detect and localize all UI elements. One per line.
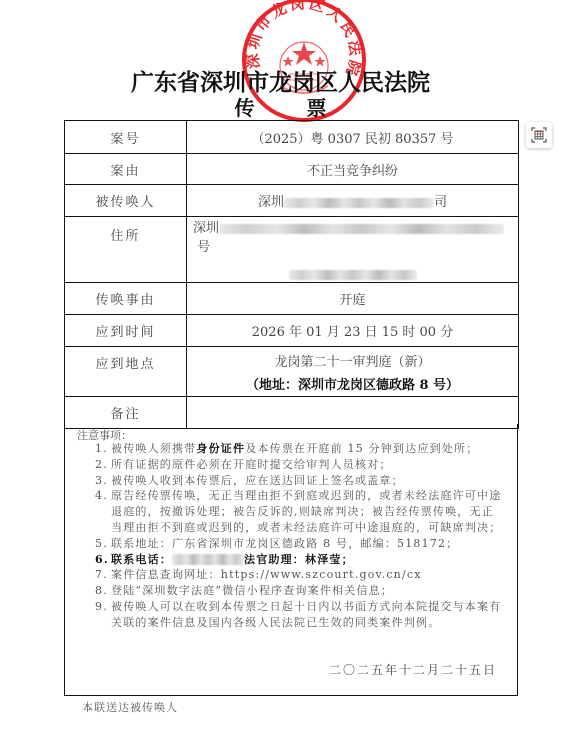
note-item-9: 9.被传唤人可以在收到本传票之日起十日内以书面方式向本院提交与本案有关联的案件信… xyxy=(95,599,505,631)
residence-prefix: 深圳 xyxy=(193,221,219,236)
redacted-party-name xyxy=(284,198,434,208)
note-item-3: 3.被传唤人收到本传票后，应在送达回证上签名或盖章； xyxy=(95,473,505,489)
value-case-cause: 不正当竞争纠纷 xyxy=(187,154,519,185)
notes-list: 1.被传唤人须携带身份证件及本传票在开庭前 15 分钟到达应到处所； 2.所有证… xyxy=(95,441,505,631)
table-extract-button[interactable] xyxy=(526,122,552,148)
note-item-8: 8.登陆“深圳数字法庭”微信小程序查询案件相关信息； xyxy=(95,583,505,599)
courtroom-name: 龙岗第二十一审判庭（新） xyxy=(187,351,518,370)
residence-suffix: 号 xyxy=(197,240,210,255)
note-item-1: 1.被传唤人须携带身份证件及本传票在开庭前 15 分钟到达应到处所； xyxy=(95,441,505,457)
note-item-6-contact: 6.联系电话：法官助理：林泽莹； xyxy=(95,552,505,568)
label-case-cause: 案由 xyxy=(65,154,187,185)
value-summoned-party: 深圳司 xyxy=(187,185,519,217)
doc-type-char-2: 票 xyxy=(307,92,327,121)
note-item-5: 5.联系地址：广东省深圳市龙岗区德政路 8 号，邮编：518172； xyxy=(95,536,505,552)
table-scan-icon xyxy=(531,127,547,143)
redacted-phone xyxy=(172,554,244,565)
label-summoned-party: 被传唤人 xyxy=(65,185,187,217)
value-summons-reason: 开庭 xyxy=(187,283,519,315)
row-appearance-place: 应到地点 龙岗第二十一审判庭（新） （地址：深圳市龙岗区德政路 8 号） xyxy=(65,347,519,397)
id-document-emphasis: 身份证件 xyxy=(196,442,245,455)
note-item-7: 7.案件信息查询网址：https://www.szcourt.gov.cn/cx xyxy=(95,567,505,583)
value-appearance-time: 2026 年 01 月 23 日 15 时 00 分 xyxy=(187,315,519,347)
notes-section: 注意事项： 1.被传唤人须携带身份证件及本传票在开庭前 15 分钟到达应到处所；… xyxy=(64,424,518,696)
row-case-cause: 案由 不正当竞争纠纷 xyxy=(65,154,519,185)
value-residence: 深圳 号 xyxy=(187,217,519,283)
label-summons-reason: 传唤事由 xyxy=(65,283,187,315)
redacted-address-line2 xyxy=(289,270,417,280)
summoned-party-suffix: 司 xyxy=(434,195,447,210)
redacted-address-line1 xyxy=(219,224,504,234)
doc-type-char-1: 传 xyxy=(235,92,255,121)
row-summoned-party: 被传唤人 深圳司 xyxy=(65,185,519,217)
label-case-number: 案号 xyxy=(65,121,187,154)
issue-date: 二〇二五年十二月二十五日 xyxy=(329,661,497,678)
row-appearance-time: 应到时间 2026 年 01 月 23 日 15 时 00 分 xyxy=(65,315,519,347)
document-type-title: 传票 xyxy=(0,92,561,121)
note-item-2: 2.所有证据的原件必须在开庭时提交给审判人员核对； xyxy=(95,457,505,473)
label-residence: 住所 xyxy=(65,217,187,283)
row-residence: 住所 深圳 号 xyxy=(65,217,519,283)
courtroom-address: （地址：深圳市龙岗区德政路 8 号） xyxy=(187,374,518,393)
value-case-number: （2025）粤 0307 民初 80357 号 xyxy=(187,121,519,154)
note-item-4: 4.原告经传票传唤，无正当理由拒不到庭或迟到的，或者未经法庭许可中途退庭的，按撤… xyxy=(95,488,505,535)
label-appearance-time: 应到时间 xyxy=(65,315,187,347)
summons-form-table: 案号 （2025）粤 0307 民初 80357 号 案由 不正当竞争纠纷 被传… xyxy=(64,120,519,429)
summoned-party-prefix: 深圳 xyxy=(258,195,284,210)
delivery-note: 本联送达被传唤人 xyxy=(82,699,178,715)
label-appearance-place: 应到地点 xyxy=(65,347,187,397)
value-appearance-place: 龙岗第二十一审判庭（新） （地址：深圳市龙岗区德政路 8 号） xyxy=(187,347,519,397)
row-summons-reason: 传唤事由 开庭 xyxy=(65,283,519,315)
row-case-number: 案号 （2025）粤 0307 民初 80357 号 xyxy=(65,121,519,154)
